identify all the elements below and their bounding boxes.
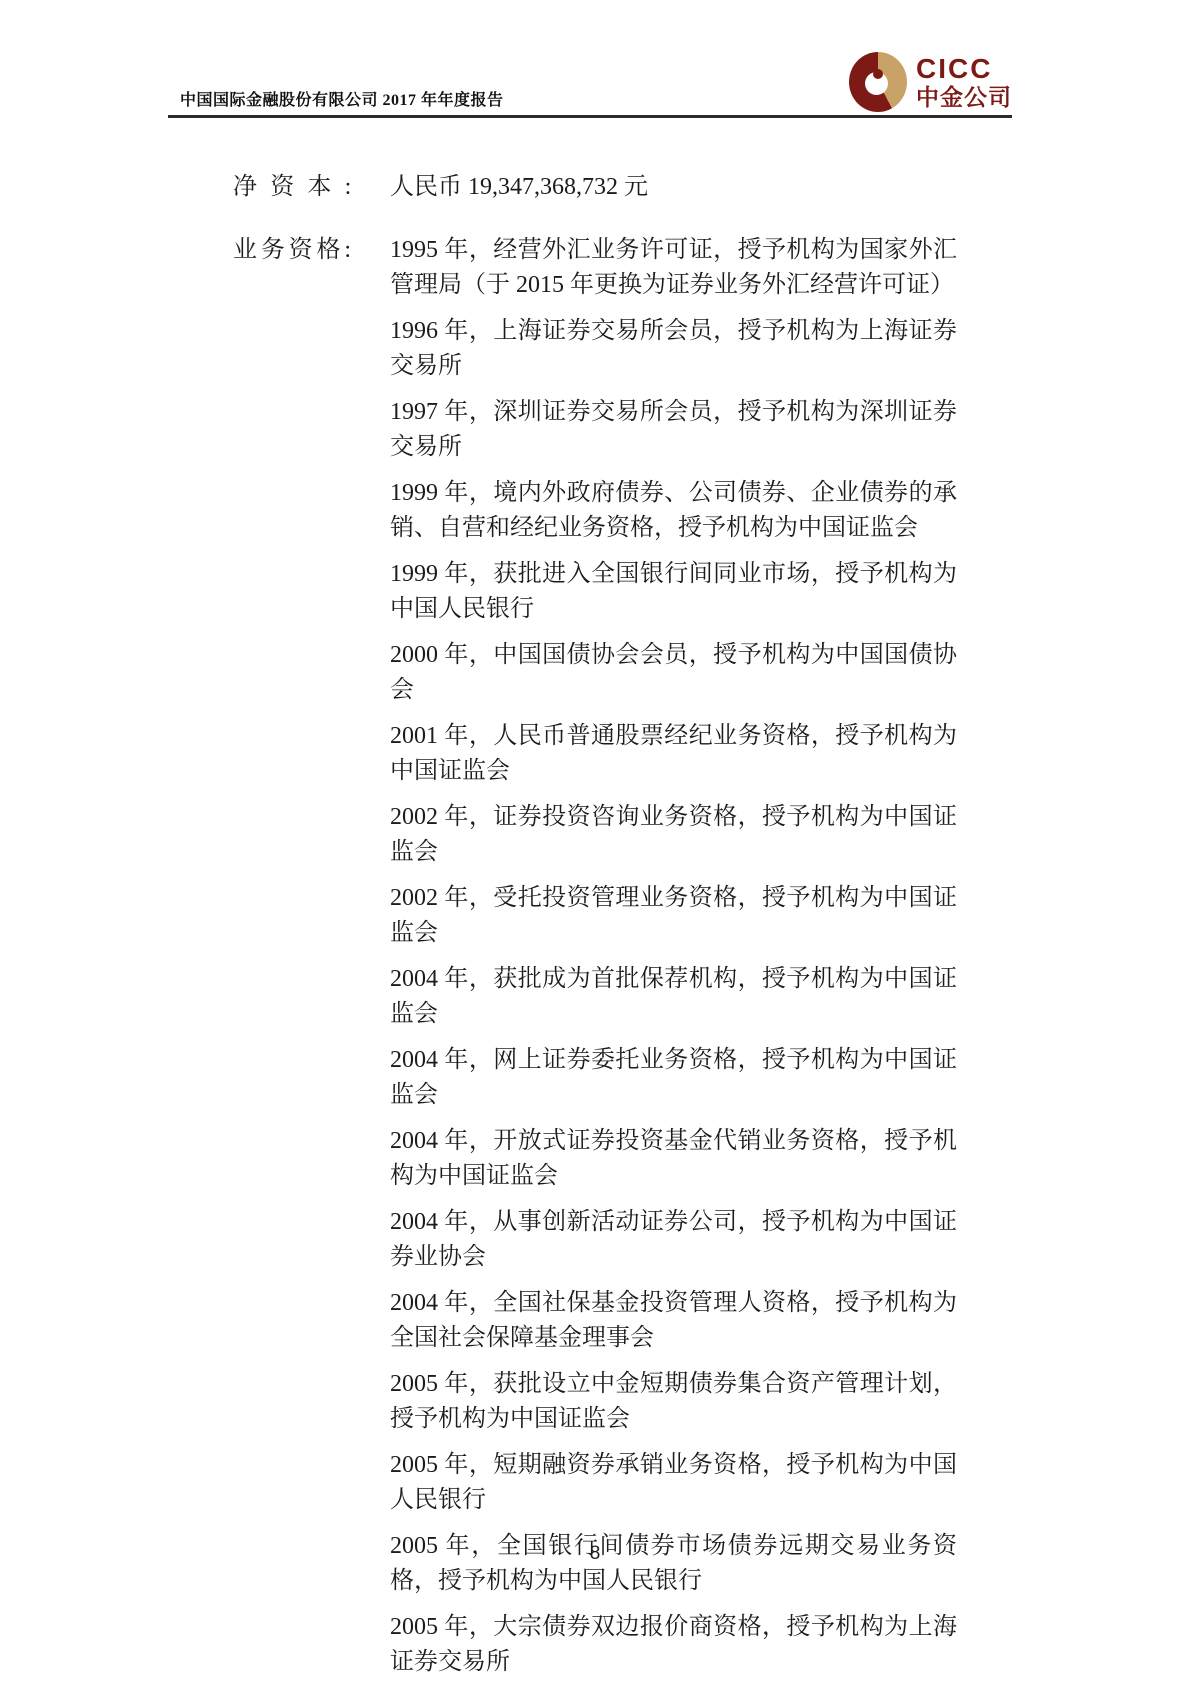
report-page: 中国国际金融股份有限公司 2017 年年度报告 CICC 中金公司 净资本: 人… (0, 0, 1190, 1684)
qualifications-row: 业务资格: 1995 年，经营外汇业务许可证，授予机构为国家外汇管理局（于 20… (233, 233, 957, 1680)
document-body: 净资本: 人民币 19,347,368,732 元 业务资格: 1995 年，经… (233, 170, 957, 1680)
qualification-item: 2005 年，获批设立中金短期债券集合资产管理计划，授予机构为中国证监会 (390, 1367, 957, 1437)
qualification-item: 1995 年，经营外汇业务许可证，授予机构为国家外汇管理局（于 2015 年更换… (390, 233, 957, 303)
page-number: 8 (0, 1543, 1190, 1565)
cicc-logo-icon (849, 52, 907, 112)
net-capital-row: 净资本: 人民币 19,347,368,732 元 (233, 170, 957, 205)
cicc-logo: CICC 中金公司 (849, 52, 1012, 112)
qualification-item: 2005 年，大宗债券双边报价商资格，授予机构为上海证券交易所 (390, 1610, 957, 1680)
logo-latin-text: CICC (916, 55, 1012, 83)
qualification-item: 2001 年，人民币普通股票经纪业务资格，授予机构为中国证监会 (390, 719, 957, 789)
qualification-item: 2000 年，中国国债协会会员，授予机构为中国国债协会 (390, 638, 957, 708)
qualification-item: 2002 年，证券投资咨询业务资格，授予机构为中国证监会 (390, 800, 957, 870)
logo-swirl-dot (873, 69, 883, 79)
qualification-item: 2002 年，受托投资管理业务资格，授予机构为中国证监会 (390, 881, 957, 951)
qualification-item: 2004 年，获批成为首批保荐机构，授予机构为中国证监会 (390, 962, 957, 1032)
qualification-list: 1995 年，经营外汇业务许可证，授予机构为国家外汇管理局（于 2015 年更换… (390, 233, 957, 1680)
qualification-item: 2004 年，从事创新活动证券公司，授予机构为中国证券业协会 (390, 1205, 957, 1275)
logo-chinese-text: 中金公司 (916, 86, 1012, 109)
header-divider (168, 115, 1012, 118)
qualification-item: 2005 年，短期融资券承销业务资格，授予机构为中国人民银行 (390, 1448, 957, 1518)
qualification-item: 1999 年，境内外政府债券、公司债券、企业债券的承销、自营和经纪业务资格，授予… (390, 476, 957, 546)
logo-wordmark: CICC 中金公司 (916, 55, 1012, 109)
qualification-item: 2004 年，全国社保基金投资管理人资格，授予机构为全国社会保障基金理事会 (390, 1286, 957, 1356)
page-header: 中国国际金融股份有限公司 2017 年年度报告 CICC 中金公司 (168, 0, 1012, 118)
qualification-item: 1997 年，深圳证券交易所会员，授予机构为深圳证券交易所 (390, 395, 957, 465)
qualification-item: 2004 年，开放式证券投资基金代销业务资格，授予机构为中国证监会 (390, 1124, 957, 1194)
report-title: 中国国际金融股份有限公司 2017 年年度报告 (180, 87, 504, 110)
qualification-item: 2004 年，网上证券委托业务资格，授予机构为中国证监会 (390, 1043, 957, 1113)
qualification-item: 1996 年，上海证券交易所会员，授予机构为上海证券交易所 (390, 314, 957, 384)
net-capital-value: 人民币 19,347,368,732 元 (390, 170, 957, 205)
qualification-item: 1999 年，获批进入全国银行间同业市场，授予机构为中国人民银行 (390, 557, 957, 627)
net-capital-label: 净资本: (233, 170, 390, 205)
qualifications-label: 业务资格: (233, 233, 390, 268)
